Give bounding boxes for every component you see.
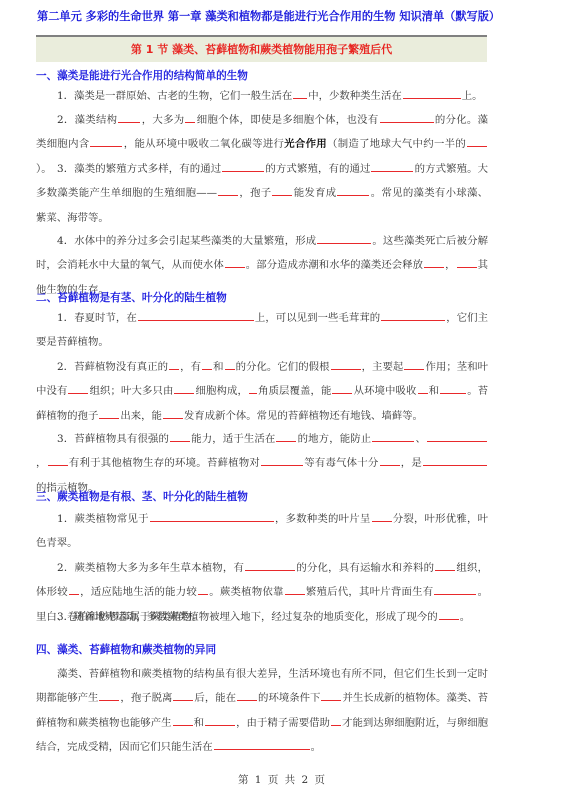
text: ， — [36, 457, 47, 469]
fill-blank[interactable] — [202, 358, 212, 370]
text: 出来，能 — [120, 410, 162, 422]
text: 能力，适于生活在 — [191, 433, 275, 445]
text: 后，能在 — [194, 692, 236, 704]
fill-blank[interactable] — [457, 256, 477, 268]
part-2-item-2: 2．苔藓植物没有真正的，有和的分化。它们的假根，主要起作用；茎和叶中没有组织；叶… — [36, 355, 488, 428]
fill-blank[interactable] — [371, 160, 413, 172]
fill-blank[interactable] — [272, 184, 292, 196]
text: 的环境条件下 — [258, 692, 320, 704]
fill-blank[interactable] — [225, 256, 245, 268]
text: ，多数种类的叶片呈 — [275, 513, 371, 525]
text: 的分化。它们的假根 — [236, 361, 330, 373]
text: 上，可以见到一些毛茸茸的 — [255, 312, 380, 324]
text: ，有 — [180, 361, 201, 373]
text: 角质层覆盖，能 — [258, 385, 332, 397]
item-number: 2． — [57, 361, 74, 373]
text: 有利于其他植物生存的环境。苔藓植物对 — [69, 457, 260, 469]
fill-blank[interactable] — [163, 407, 183, 419]
heading-part-4: 四、藻类、苔藓植物和蕨类植物的异同 — [36, 642, 216, 657]
part-3-item-3: 3．随着地壳运动，多数蕨类植物被埋入地下，经过复杂的地质变化，形成了现今的。 — [36, 605, 488, 629]
text: ， — [445, 259, 455, 271]
text: 随着地壳运动，多数蕨类植物被埋入地下，经过复杂的地质变化，形成了现今的 — [74, 611, 438, 623]
part-3-item-1: 1．蕨类植物常见于，多数种类的叶片呈分裂，叶形优雅，叶色青翠。 — [36, 507, 488, 556]
item-number: 1． — [57, 312, 74, 324]
fill-blank[interactable] — [222, 160, 264, 172]
fill-blank[interactable] — [332, 382, 352, 394]
fill-blank[interactable] — [427, 430, 487, 442]
fill-blank[interactable] — [423, 454, 487, 466]
fill-blank[interactable] — [276, 430, 296, 442]
fill-blank[interactable] — [404, 358, 424, 370]
fill-blank[interactable] — [225, 358, 235, 370]
text: 藻类的繁殖方式多样，有的通过 — [74, 163, 221, 175]
text: 繁殖后代，其叶片背面生有 — [306, 586, 434, 598]
fill-blank[interactable] — [372, 510, 392, 522]
fill-blank[interactable] — [317, 232, 371, 244]
fill-blank[interactable] — [69, 583, 79, 595]
text: 苔藓植物没有真正的 — [74, 361, 168, 373]
part-1-item-1: 1．藻类是一群原始、古老的生物，它们一般生活在中，少数种类生活在上。 — [36, 84, 488, 108]
bold-term: 光合作用 — [284, 138, 327, 150]
item-number: 3． — [57, 611, 74, 623]
fill-blank[interactable] — [261, 454, 303, 466]
text: 。 — [311, 741, 321, 753]
fill-blank[interactable] — [418, 382, 428, 394]
text: ，孢子脱离 — [120, 692, 172, 704]
text: ，孢子 — [239, 187, 271, 199]
item-number: 1． — [57, 90, 74, 102]
fill-blank[interactable] — [198, 583, 208, 595]
text: 等有毒气体十分 — [304, 457, 379, 469]
text: 和 — [213, 361, 224, 373]
fill-blank[interactable] — [173, 714, 193, 726]
fill-blank[interactable] — [434, 583, 476, 595]
text: 的分化，具有运输水和养料的 — [296, 562, 434, 574]
fill-blank[interactable] — [372, 430, 414, 442]
fill-blank[interactable] — [237, 689, 257, 701]
text: ，由于精子需要借助 — [236, 717, 330, 729]
fill-blank[interactable] — [214, 738, 310, 750]
text: ，大多为 — [141, 114, 184, 126]
item-number: 2． — [57, 562, 74, 574]
document-page: 第二单元 多彩的生命世界 第一章 藻类和植物都是能进行光合作用的生物 知识清单（… — [0, 0, 563, 800]
fill-blank[interactable] — [170, 430, 190, 442]
fill-blank[interactable] — [321, 689, 341, 701]
fill-blank[interactable] — [381, 309, 445, 321]
fill-blank[interactable] — [118, 111, 140, 123]
text: 和 — [429, 385, 440, 397]
text: 和 — [194, 717, 204, 729]
heading-part-1: 一、藻类是能进行光合作用的结构简单的生物 — [36, 68, 248, 83]
text: 的地方，能防止 — [297, 433, 371, 445]
text: ，适应陆地生活的能力较 — [80, 586, 197, 598]
heading-part-2: 二、苔藓植物是有茎、叶分化的陆生植物 — [36, 290, 227, 305]
text: 从环境中吸收 — [353, 385, 416, 397]
fill-blank[interactable] — [331, 714, 341, 726]
fill-blank[interactable] — [440, 382, 466, 394]
fill-blank[interactable] — [68, 382, 88, 394]
item-number: 2． — [57, 114, 75, 126]
fill-blank[interactable] — [173, 689, 193, 701]
fill-blank[interactable] — [99, 407, 119, 419]
text: 藻类结构 — [75, 114, 118, 126]
fill-blank[interactable] — [293, 87, 307, 99]
item-number: 3． — [57, 433, 74, 445]
item-number: 4． — [57, 235, 74, 247]
fill-blank[interactable] — [467, 135, 487, 147]
fill-blank[interactable] — [48, 454, 68, 466]
part-2-item-1: 1．春夏时节，在上，可以见到一些毛茸茸的，它们主要是苔藓植物。 — [36, 306, 488, 355]
item-number: 3． — [57, 163, 74, 175]
text: 苔藓植物具有很强的 — [74, 433, 169, 445]
fill-blank[interactable] — [218, 184, 238, 196]
fill-blank[interactable] — [439, 608, 459, 620]
text: ，能从环境中吸收二氧化碳等进行 — [123, 138, 284, 150]
fill-blank[interactable] — [185, 111, 195, 123]
fill-blank[interactable] — [403, 87, 461, 99]
text: 、 — [415, 433, 426, 445]
part-4-paragraph: 藻类、苔藓植物和蕨类植物的结构虽有很大差异，生活环境也有所不同，但它们生长到一定… — [36, 662, 488, 759]
fill-blank[interactable] — [99, 689, 119, 701]
document-title: 第二单元 多彩的生命世界 第一章 藻类和植物都是能进行光合作用的生物 知识清单（… — [37, 8, 527, 24]
text: 蕨类植物常见于 — [74, 513, 148, 525]
text: 细胞构成， — [195, 385, 248, 397]
text: 。 — [460, 611, 470, 623]
fill-blank[interactable] — [285, 583, 305, 595]
fill-blank[interactable] — [435, 559, 455, 571]
text: 蕨类植物大多为多年生草本植物，有 — [74, 562, 244, 574]
part-1-item-3: 3．藻类的繁殖方式多样，有的通过的方式繁殖，有的通过的方式繁殖。大多数藻类能产生… — [36, 157, 488, 230]
text: 组织；叶大多只由 — [89, 385, 173, 397]
fill-blank[interactable] — [380, 454, 400, 466]
fill-blank[interactable] — [424, 256, 444, 268]
page-footer: 第 1 页 共 2 页 — [0, 772, 563, 787]
fill-blank[interactable] — [205, 714, 235, 726]
fill-blank[interactable] — [245, 559, 295, 571]
fill-blank[interactable] — [331, 358, 361, 370]
text: 能发育成 — [293, 187, 336, 199]
fill-blank[interactable] — [249, 382, 257, 394]
fill-blank[interactable] — [150, 510, 274, 522]
item-number: 1． — [57, 513, 74, 525]
fill-blank[interactable] — [138, 309, 254, 321]
text: ，是 — [401, 457, 422, 469]
fill-blank[interactable] — [90, 135, 122, 147]
heading-part-3: 三、蕨类植物是有根、茎、叶分化的陆生植物 — [36, 489, 248, 504]
fill-blank[interactable] — [380, 111, 434, 123]
fill-blank[interactable] — [174, 382, 194, 394]
text: ，主要起 — [362, 361, 404, 373]
fill-blank[interactable] — [337, 184, 369, 196]
text: 。部分造成赤潮和水华的藻类还会释放 — [246, 259, 423, 271]
text: （制造了地球大气中约一半的 — [327, 138, 466, 150]
text: 的方式繁殖，有的通过 — [265, 163, 370, 175]
fill-blank[interactable] — [169, 358, 179, 370]
text: 发育成新个体。常见的苔藓植物还有地钱、墙藓等。 — [184, 410, 423, 422]
section-title: 第 1 节 藻类、苔藓植物和蕨类植物能用孢子繁殖后代 — [36, 37, 487, 62]
text: 中，少数种类生活在 — [308, 90, 402, 102]
text: 。蕨类植物依靠 — [209, 586, 284, 598]
text: 藻类是一群原始、古老的生物，它们一般生活在 — [74, 90, 292, 102]
text: 上。 — [462, 90, 483, 102]
text: 水体中的养分过多会引起某些藻类的大量繁殖，形成 — [74, 235, 316, 247]
text: 春夏时节，在 — [74, 312, 137, 324]
text: 细胞个体，即使是多细胞个体，也没有 — [196, 114, 378, 126]
